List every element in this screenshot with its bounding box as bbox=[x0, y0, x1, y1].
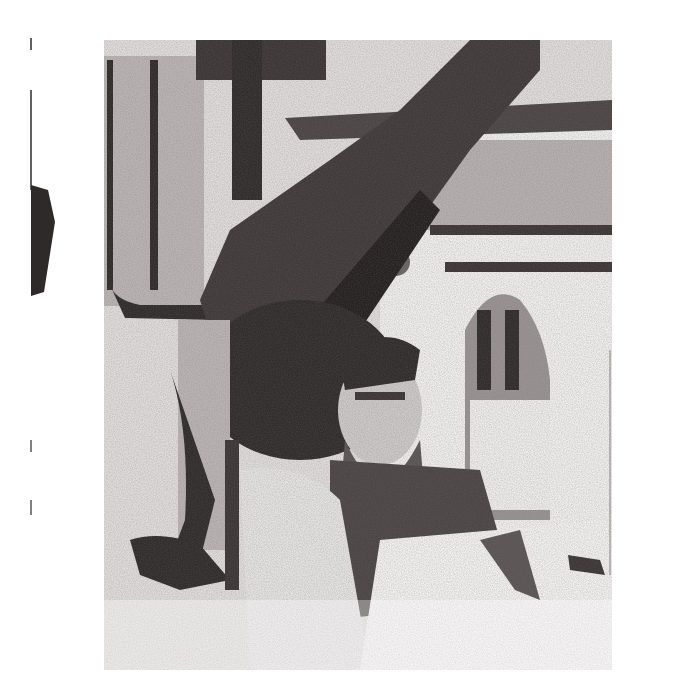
photocopy-image bbox=[0, 0, 700, 700]
photo-illustration bbox=[0, 0, 700, 700]
